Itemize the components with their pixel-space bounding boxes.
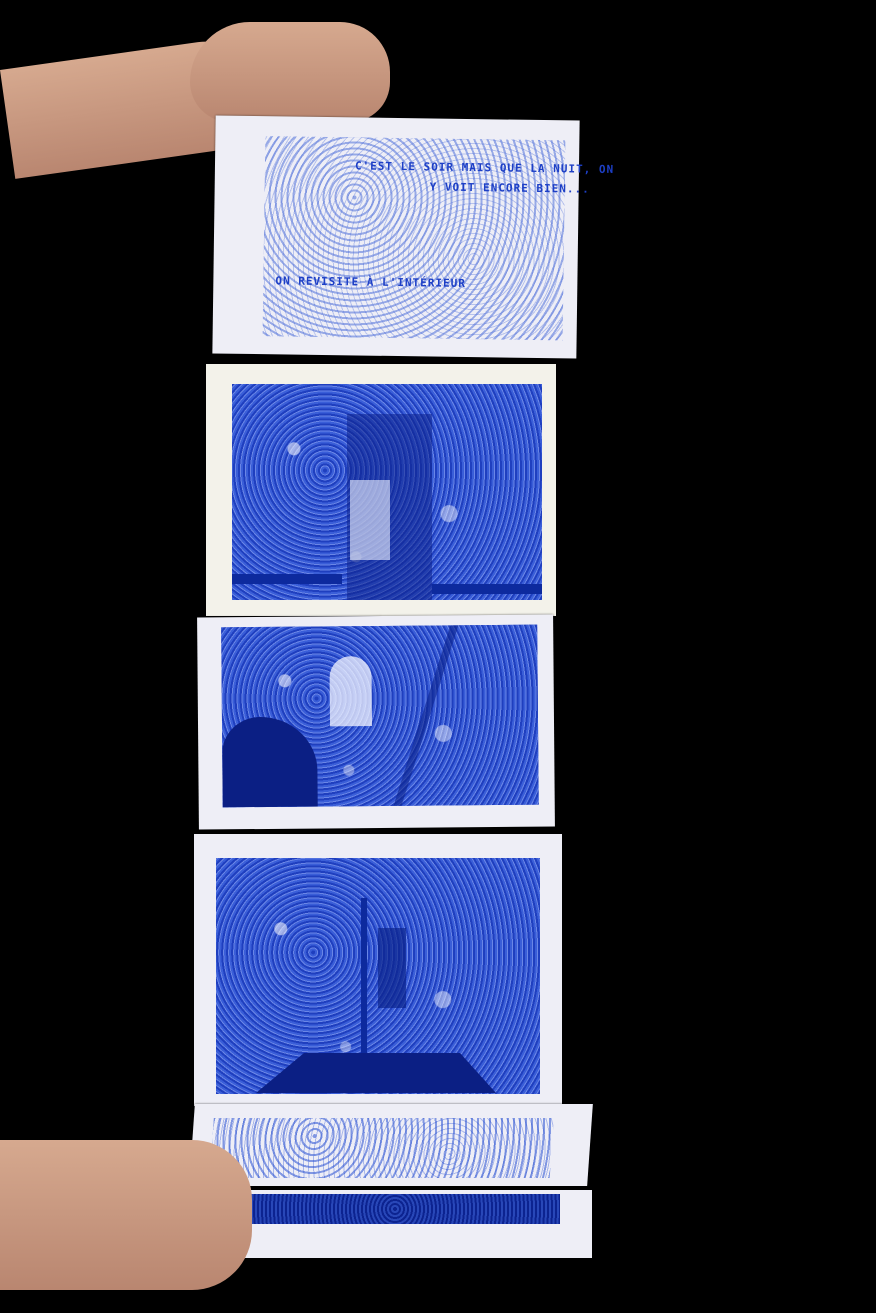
room-print (216, 858, 540, 1094)
arch-page (197, 614, 555, 829)
arch-print (221, 625, 539, 808)
room-window (378, 928, 406, 1008)
baseboard-right (432, 584, 542, 594)
room-floor (256, 1053, 496, 1093)
dark-print (230, 1194, 560, 1224)
title-page: C'EST LE SOIR MAIS QUE LA NUIT, ON Y VOI… (212, 115, 579, 358)
bottom-text-page (189, 1104, 593, 1186)
stacked-pages (200, 1190, 592, 1258)
bottom-hand (0, 1140, 252, 1290)
title-text-bottom: ON REVISITE À L'INTÉRIEUR (275, 274, 466, 290)
top-hand (190, 22, 390, 122)
foliage (222, 717, 318, 808)
title-text-line-2: Y VOIT ENCORE BIEN... (430, 180, 590, 195)
doorway-page (206, 364, 556, 616)
baseboard-left (232, 574, 342, 584)
room-corner-left (361, 898, 367, 1058)
bottom-text-texture (210, 1118, 554, 1178)
vault-line (393, 625, 458, 806)
door-opening (350, 480, 390, 560)
arch-window (329, 656, 372, 726)
room-page (194, 834, 562, 1106)
doorway-print (232, 384, 542, 600)
